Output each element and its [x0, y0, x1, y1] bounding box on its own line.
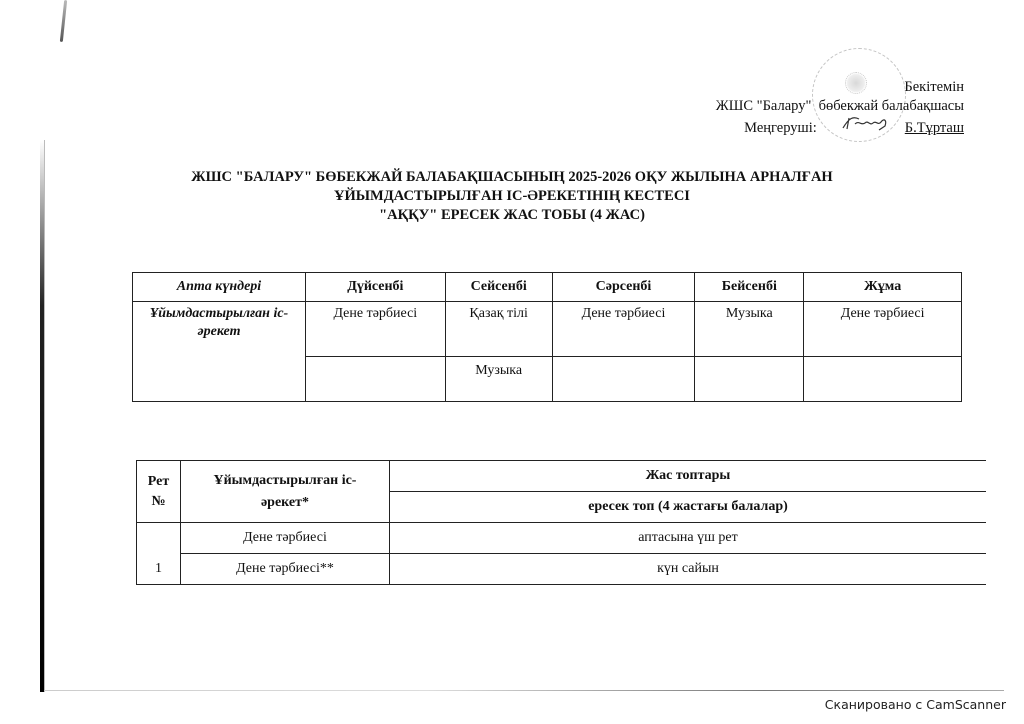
approved-label: Бекітемін [716, 78, 964, 97]
schedule-cell [695, 357, 804, 402]
activity-name: Дене тәрбиесі** [180, 554, 389, 585]
scan-page-edge-bottom [44, 690, 1004, 691]
signature-row: Меңгеруші: Б.Тұрташ [716, 116, 964, 138]
schedule-cell [804, 357, 962, 402]
signature-icon [841, 116, 891, 132]
day-wednesday: Сәрсенбі [552, 273, 695, 302]
schedule-cell: Музыка [445, 357, 552, 402]
table-row: 1 Дене тәрбиесі аптасына үш рет [137, 523, 987, 554]
activity-header: Ұйымдастырылған іс-әрекет* [180, 461, 389, 523]
head-label: Меңгеруші: [744, 119, 817, 138]
schedule-cell: Қазақ тілі [445, 302, 552, 357]
camscanner-watermark: Сканировано с CamScanner [825, 697, 1006, 712]
table-row: Дене тәрбиесі** күн сайын [137, 554, 987, 585]
schedule-cell: Музыка [695, 302, 804, 357]
activity-load-table: Рет № Ұйымдастырылған іс-әрекет* Жас топ… [136, 460, 986, 585]
title-line-1: ЖШС "БАЛАРУ" БӨБЕКЖАЙ БАЛАБАҚШАСЫНЫҢ 202… [0, 168, 1024, 187]
schedule-cell: Дене тәрбиесі [552, 302, 695, 357]
schedule-cell: Дене тәрбиесі [305, 302, 445, 357]
order-number-header: Рет № [137, 461, 181, 523]
title-line-3: "АҚҚУ" ЕРЕСЕК ЖАС ТОБЫ (4 ЖАС) [0, 206, 1024, 225]
activity-frequency: аптасына үш рет [389, 523, 986, 554]
schedule-cell [552, 357, 695, 402]
row-number: 1 [137, 523, 181, 585]
schedule-header-row: Апта күндері Дүйсенбі Сейсенбі Сәрсенбі … [133, 273, 962, 302]
activity-frequency: күн сайын [389, 554, 986, 585]
head-name: Б.Тұрташ [905, 119, 964, 138]
group-name-header: ересек топ (4 жастағы балалар) [389, 492, 986, 523]
load-header-row: Рет № Ұйымдастырылған іс-әрекет* Жас топ… [137, 461, 987, 492]
approval-block: Бекітемін ЖШС "Балару" бөбекжай балабақш… [716, 78, 964, 138]
document-title: ЖШС "БАЛАРУ" БӨБЕКЖАЙ БАЛАБАҚШАСЫНЫҢ 202… [0, 168, 1024, 225]
schedule-cell [305, 357, 445, 402]
schedule-cell: Дене тәрбиесі [804, 302, 962, 357]
title-line-2: ҰЙЫМДАСТЫРЫЛҒАН ІС-ӘРЕКЕТІНІҢ КЕСТЕСІ [0, 187, 1024, 206]
scan-edge-mark [60, 0, 67, 42]
day-monday: Дүйсенбі [305, 273, 445, 302]
schedule-row: Ұйымдастырылған іс-әрекет Дене тәрбиесі … [133, 302, 962, 357]
activity-row-label: Ұйымдастырылған іс-әрекет [133, 302, 306, 402]
age-groups-header: Жас топтары [389, 461, 986, 492]
day-thursday: Бейсенбі [695, 273, 804, 302]
activity-name: Дене тәрбиесі [180, 523, 389, 554]
day-friday: Жұма [804, 273, 962, 302]
weekdays-label: Апта күндері [133, 273, 306, 302]
day-tuesday: Сейсенбі [445, 273, 552, 302]
weekly-schedule-table: Апта күндері Дүйсенбі Сейсенбі Сәрсенбі … [132, 272, 962, 402]
